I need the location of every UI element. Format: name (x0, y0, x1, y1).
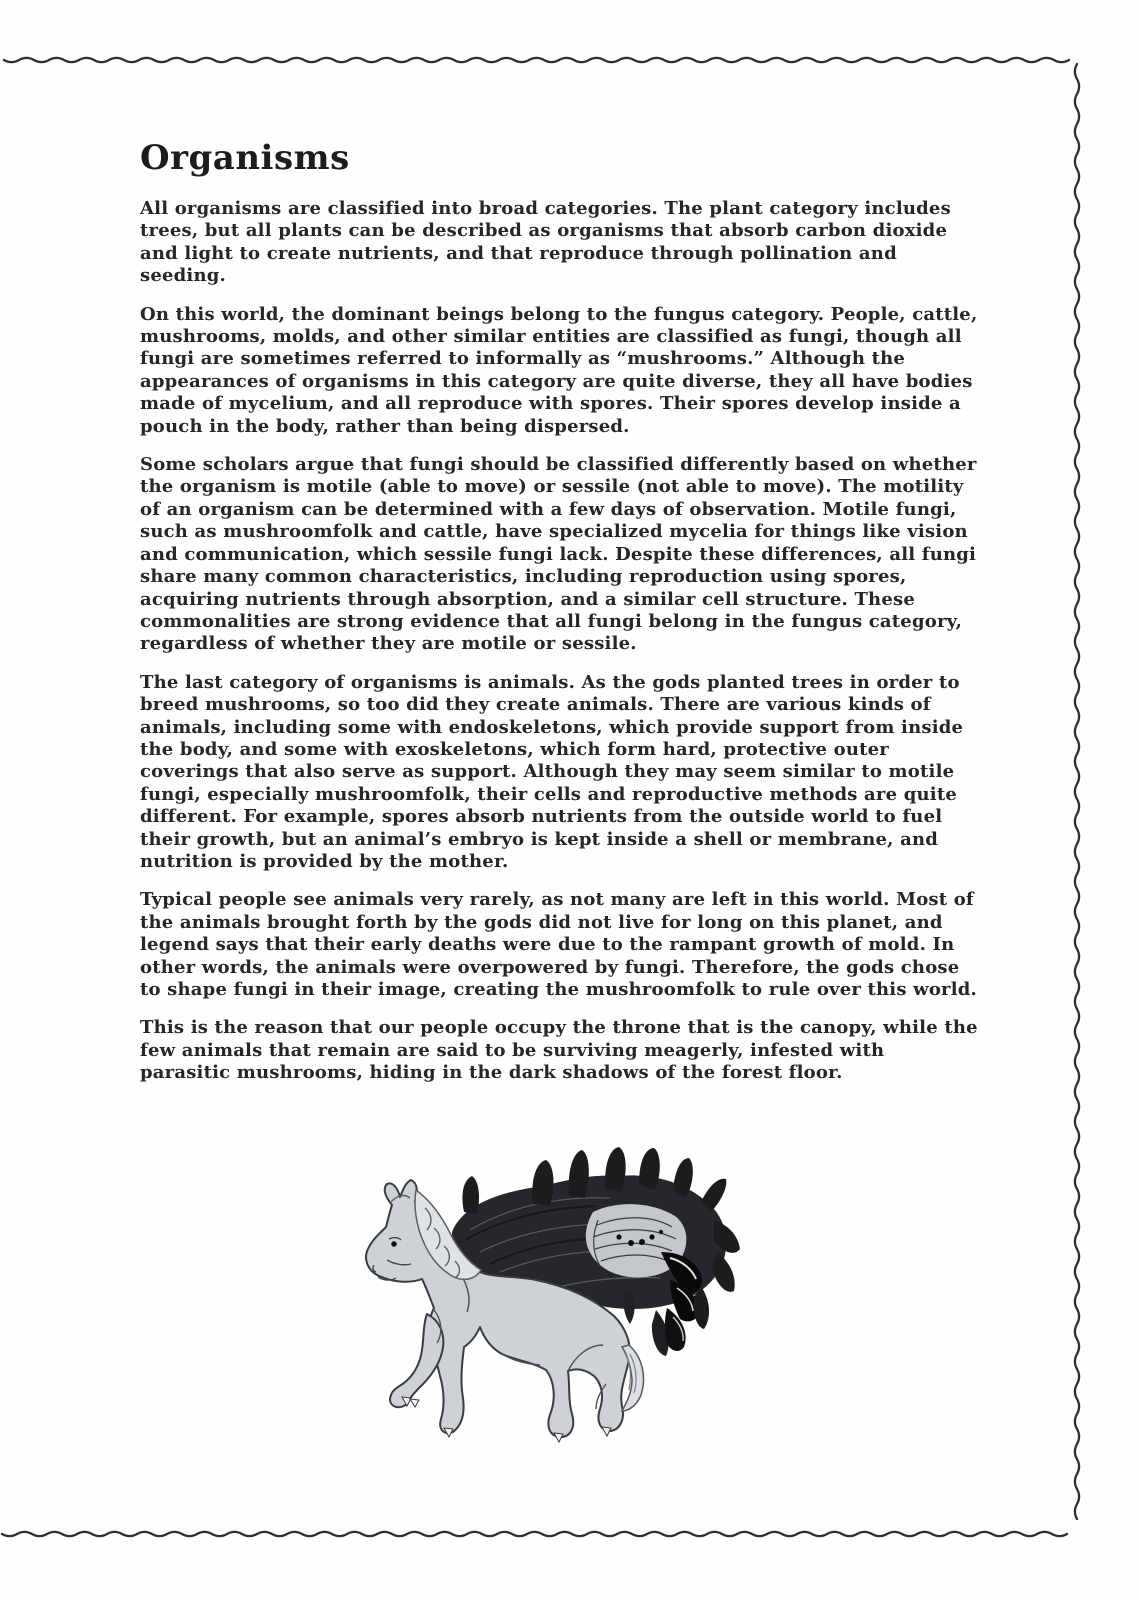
body-paragraph-2: On this world, the dominant beings belon… (140, 304, 978, 438)
body-paragraph-1: All organisms are classified into broad … (140, 198, 978, 288)
lifted-front-leg (390, 1314, 443, 1407)
book-page: Organisms All organisms are classified i… (0, 0, 1139, 1600)
creature-illustration (330, 1140, 750, 1460)
body-paragraph-4: The last category of organisms is animal… (140, 672, 978, 874)
body-paragraph-5: Typical people see animals very rarely, … (140, 889, 978, 1001)
creature-drawing (330, 1140, 750, 1460)
border-bottom (2, 1532, 1067, 1536)
page-title: Organisms (140, 138, 978, 178)
body-paragraph-3: Some scholars argue that fungi should be… (140, 454, 978, 656)
paw-claws (402, 1397, 611, 1442)
border-top (4, 58, 1069, 62)
border-right (1075, 64, 1079, 1519)
page-content: Organisms All organisms are classified i… (140, 138, 978, 1101)
body-paragraph-6: This is the reason that our people occup… (140, 1017, 978, 1084)
